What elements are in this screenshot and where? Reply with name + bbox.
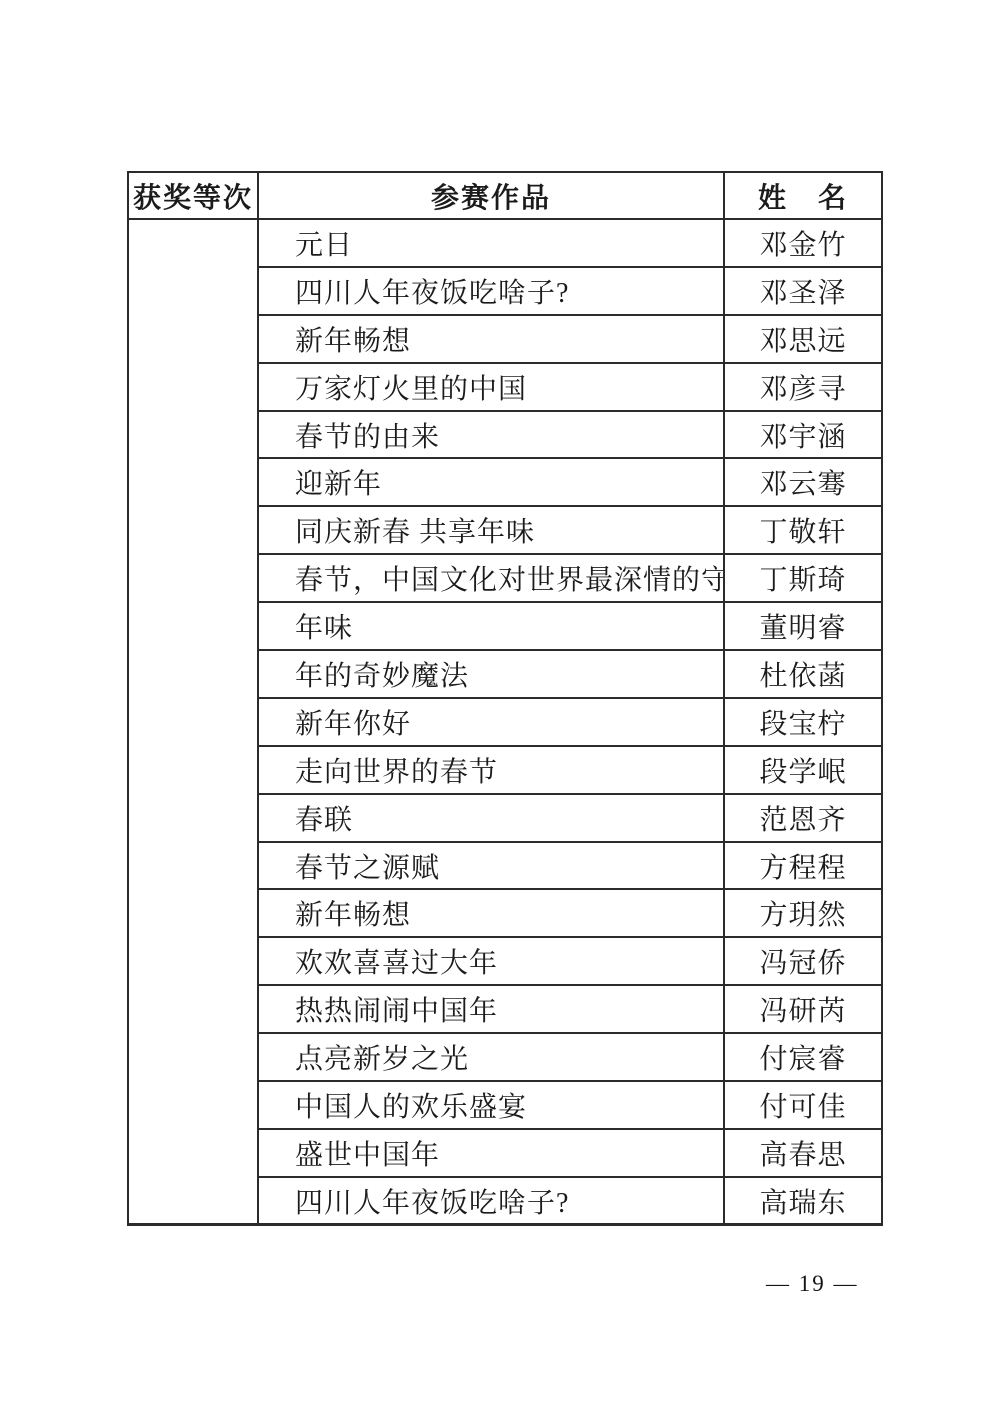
author-name-cell: 邓金竹 bbox=[724, 219, 882, 267]
entry-work-cell: 新年你好 bbox=[258, 698, 724, 746]
entry-work-cell: 中国人的欢乐盛宴 bbox=[258, 1081, 724, 1129]
entry-work-cell: 点亮新岁之光 bbox=[258, 1033, 724, 1081]
author-name-cell: 冯冠侨 bbox=[724, 937, 882, 985]
author-name-cell: 杜依菡 bbox=[724, 650, 882, 698]
entry-work-cell: 四川人年夜饭吃啥子? bbox=[258, 1177, 724, 1225]
award-results-table: 获奖等次 参赛作品 姓 名 元日邓金竹四川人年夜饭吃啥子?邓圣泽新年畅想邓思远万… bbox=[127, 171, 883, 1226]
entry-work-cell: 年味 bbox=[258, 602, 724, 650]
author-name-cell: 高春思 bbox=[724, 1129, 882, 1177]
entry-work-cell: 走向世界的春节 bbox=[258, 746, 724, 794]
entry-work-cell: 春节之源赋 bbox=[258, 842, 724, 890]
document-page: 获奖等次 参赛作品 姓 名 元日邓金竹四川人年夜饭吃啥子?邓圣泽新年畅想邓思远万… bbox=[0, 0, 1000, 1414]
entry-work-cell: 万家灯火里的中国 bbox=[258, 363, 724, 411]
author-name-cell: 付宸睿 bbox=[724, 1033, 882, 1081]
author-name-cell: 段学岷 bbox=[724, 746, 882, 794]
author-name-cell: 邓云骞 bbox=[724, 458, 882, 506]
author-name-cell: 邓思远 bbox=[724, 315, 882, 363]
entry-work-cell: 新年畅想 bbox=[258, 315, 724, 363]
page-number: — 19 — bbox=[766, 1271, 859, 1297]
entry-work-cell: 热热闹闹中国年 bbox=[258, 985, 724, 1033]
entry-work-cell: 元日 bbox=[258, 219, 724, 267]
entry-work-cell: 春节的由来 bbox=[258, 411, 724, 459]
table-row: 元日邓金竹 bbox=[128, 219, 882, 267]
table-header: 获奖等次 参赛作品 姓 名 bbox=[128, 172, 882, 219]
award-level-cell bbox=[128, 219, 258, 1225]
entry-work-cell: 迎新年 bbox=[258, 458, 724, 506]
author-name-cell: 方玥然 bbox=[724, 889, 882, 937]
author-name-cell: 邓宇涵 bbox=[724, 411, 882, 459]
entry-work-cell: 四川人年夜饭吃啥子? bbox=[258, 267, 724, 315]
entry-work-cell: 春联 bbox=[258, 794, 724, 842]
author-name-cell: 丁敬轩 bbox=[724, 506, 882, 554]
entry-work-cell: 盛世中国年 bbox=[258, 1129, 724, 1177]
header-award-level: 获奖等次 bbox=[128, 172, 258, 219]
header-row: 获奖等次 参赛作品 姓 名 bbox=[128, 172, 882, 219]
author-name-cell: 董明睿 bbox=[724, 602, 882, 650]
author-name-cell: 冯研芮 bbox=[724, 985, 882, 1033]
header-entry-work: 参赛作品 bbox=[258, 172, 724, 219]
entry-work-cell: 欢欢喜喜过大年 bbox=[258, 937, 724, 985]
author-name-cell: 丁斯琦 bbox=[724, 554, 882, 602]
entry-work-cell: 同庆新春 共享年味 bbox=[258, 506, 724, 554]
author-name-cell: 方程程 bbox=[724, 842, 882, 890]
author-name-cell: 高瑞东 bbox=[724, 1177, 882, 1225]
table-body: 元日邓金竹四川人年夜饭吃啥子?邓圣泽新年畅想邓思远万家灯火里的中国邓彦寻春节的由… bbox=[128, 219, 882, 1225]
header-name: 姓 名 bbox=[724, 172, 882, 219]
entry-work-cell: 年的奇妙魔法 bbox=[258, 650, 724, 698]
author-name-cell: 邓圣泽 bbox=[724, 267, 882, 315]
entry-work-cell: 新年畅想 bbox=[258, 889, 724, 937]
author-name-cell: 段宝柠 bbox=[724, 698, 882, 746]
author-name-cell: 邓彦寻 bbox=[724, 363, 882, 411]
entry-work-cell: 春节，中国文化对世界最深情的守望 bbox=[258, 554, 724, 602]
author-name-cell: 付可佳 bbox=[724, 1081, 882, 1129]
author-name-cell: 范恩齐 bbox=[724, 794, 882, 842]
